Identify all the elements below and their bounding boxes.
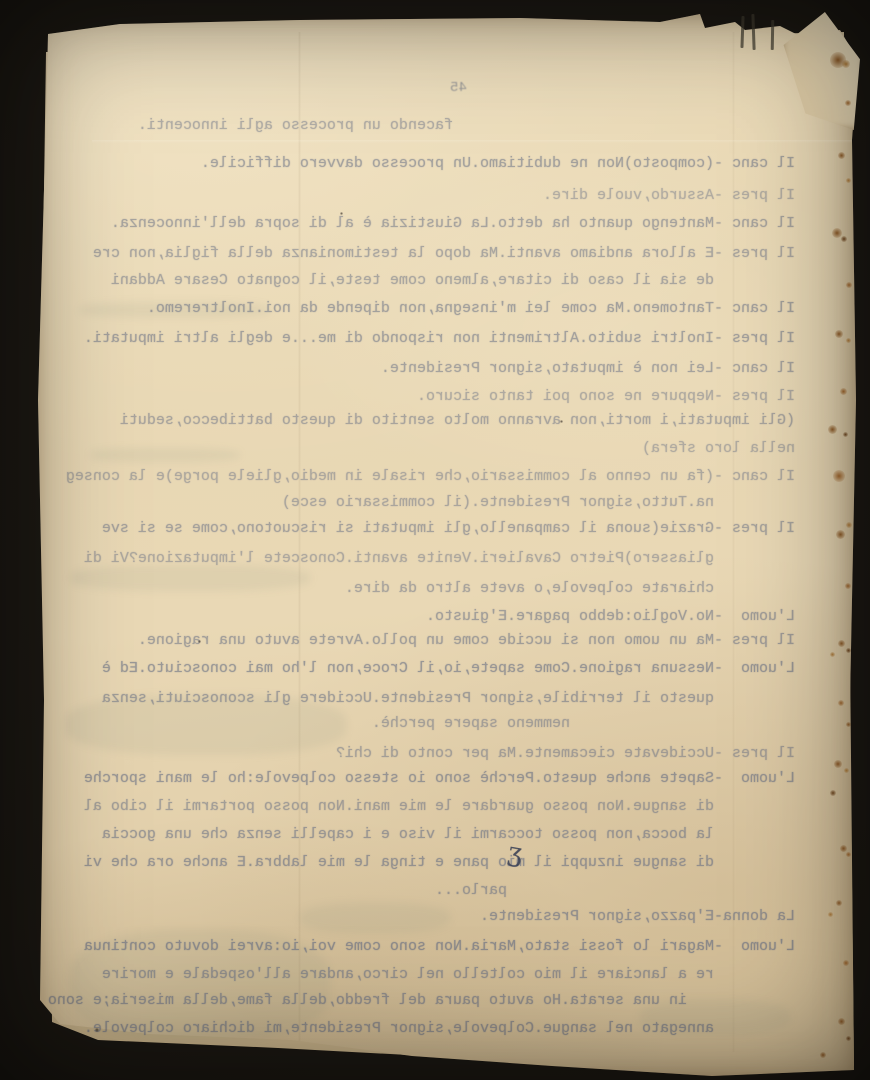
rust-stain	[840, 845, 847, 852]
typescript-line: na.Tutto,signor Presidente.(il commissar…	[55, 494, 795, 511]
rust-stain	[845, 583, 851, 589]
typescript-line: L'uomo -No.Voglio:debbo pagare.E'giusto.	[55, 608, 795, 625]
typescript-line: di sangue inzuppi il mio pane e tinga le…	[55, 854, 795, 871]
typescript-line: Il pres -Uccidevate ciecamente.Ma per co…	[55, 745, 795, 762]
typescript-line: questo il terribile,signor Presidente.Uc…	[55, 690, 795, 707]
rust-stain	[835, 330, 843, 338]
typescript-line: Il canc -Tantomeno.Ma come lei m'insegna…	[55, 300, 795, 317]
rust-stain	[828, 912, 833, 917]
pencil-stroke	[771, 20, 774, 50]
rust-stain	[198, 640, 201, 643]
typescript-line: L'uomo -Sapete anche questo.Perchè sono …	[55, 770, 795, 787]
rust-stain	[834, 760, 842, 768]
rust-stain	[843, 432, 848, 437]
typescript-line: la bocca,non posso toccarmi il viso e i …	[55, 826, 795, 843]
rust-stain	[828, 425, 837, 434]
typescript-line: Il canc -Mantengo quanto ha detto.La Giu…	[55, 215, 795, 232]
rust-stain	[838, 700, 844, 706]
typescript-line: Il pres -Assurdo,vuole dire.	[55, 187, 795, 204]
typescript-line: di sangue.Non posso guardare le mie mani…	[55, 798, 795, 815]
rust-stain	[846, 852, 851, 857]
rust-stain	[830, 652, 835, 657]
typescript-line: La donna-E'pazzo,signor Presidente.	[55, 908, 795, 925]
rust-stain	[846, 178, 851, 183]
rust-stain	[830, 790, 836, 796]
rust-stain	[846, 282, 852, 288]
rust-stain	[836, 900, 842, 906]
rust-stain	[340, 212, 343, 215]
typescript-line: re a lanciare il mio coltello nel circo,…	[55, 966, 795, 983]
typescript-line: Il pres -Neppure ne sono poi tanto sicur…	[55, 388, 795, 405]
rust-stain	[844, 768, 849, 773]
typescript-line: Il canc -Lei non è imputato,signor Presi…	[55, 360, 795, 377]
photo-background: facendo un processo agli innocenti.Il ca…	[0, 0, 870, 1080]
typescript-line: Il pres -Grazie(suona il campanello,gli …	[55, 520, 795, 537]
typescript-line: Il pres -E allora andiamo avanti.Ma dopo…	[55, 245, 795, 262]
rust-stain	[833, 470, 845, 482]
vertical-crease	[732, 32, 735, 1052]
typescript-line: Il pres -Inoltri subito.Altrimenti non r…	[55, 330, 795, 347]
typescript-line: facendo un processo agli innocenti.	[55, 117, 795, 134]
rust-stain	[845, 100, 851, 106]
rust-stain	[560, 420, 563, 423]
rust-stain	[846, 1036, 851, 1041]
typescript-line: nella loro sfera)	[55, 440, 795, 457]
typescript-line: nemmeno sapere perchè.	[55, 715, 795, 732]
typescript-line: Il pres -Ma un uomo non si uccide come u…	[55, 632, 795, 649]
rust-stain	[838, 640, 845, 647]
rust-stain	[846, 648, 851, 653]
rust-stain	[840, 388, 847, 395]
rust-stain	[838, 152, 845, 159]
typescript-line: L'uomo -Nessuna ragione.Come sapete,io,i…	[55, 660, 795, 677]
page-number: 45	[450, 80, 467, 96]
rust-stain	[842, 60, 850, 68]
rust-stain	[846, 338, 851, 343]
typescript-line: (Gli imputati,i morti,non avranno molto …	[55, 412, 795, 429]
horizontal-crease	[92, 140, 852, 143]
typescript-line: de sia il caso di citare,almeno come tes…	[55, 272, 795, 289]
rust-stain	[838, 1018, 845, 1025]
typescript-line: chiarate colpevole,o avete altro da dire…	[55, 580, 795, 597]
typescript-line: parlo...	[55, 882, 795, 899]
rust-stain	[841, 236, 847, 242]
rust-stain	[836, 530, 845, 539]
rust-stain	[843, 960, 849, 966]
typescript-line: in una serata.Ho avuto paura del freddo,…	[55, 992, 795, 1009]
typescript-line: gliassero)Pietro Cavalieri.Venite avanti…	[55, 550, 795, 567]
rust-stain	[846, 522, 852, 528]
typescript-line: annegato nel sangue.Colpevole,signor Pre…	[55, 1020, 795, 1037]
rust-stain	[95, 1028, 99, 1032]
typescript-line: L'uomo -Magari lo fossi stato,Maria.Non …	[55, 938, 795, 955]
rust-stain	[820, 1052, 826, 1058]
typescript-line: Il canc -(fa un cenno al commissario,che…	[55, 468, 795, 485]
typescript-line: Il canc -(composto)Non ne dubitiamo.Un p…	[55, 155, 795, 172]
rust-stain	[846, 722, 851, 727]
